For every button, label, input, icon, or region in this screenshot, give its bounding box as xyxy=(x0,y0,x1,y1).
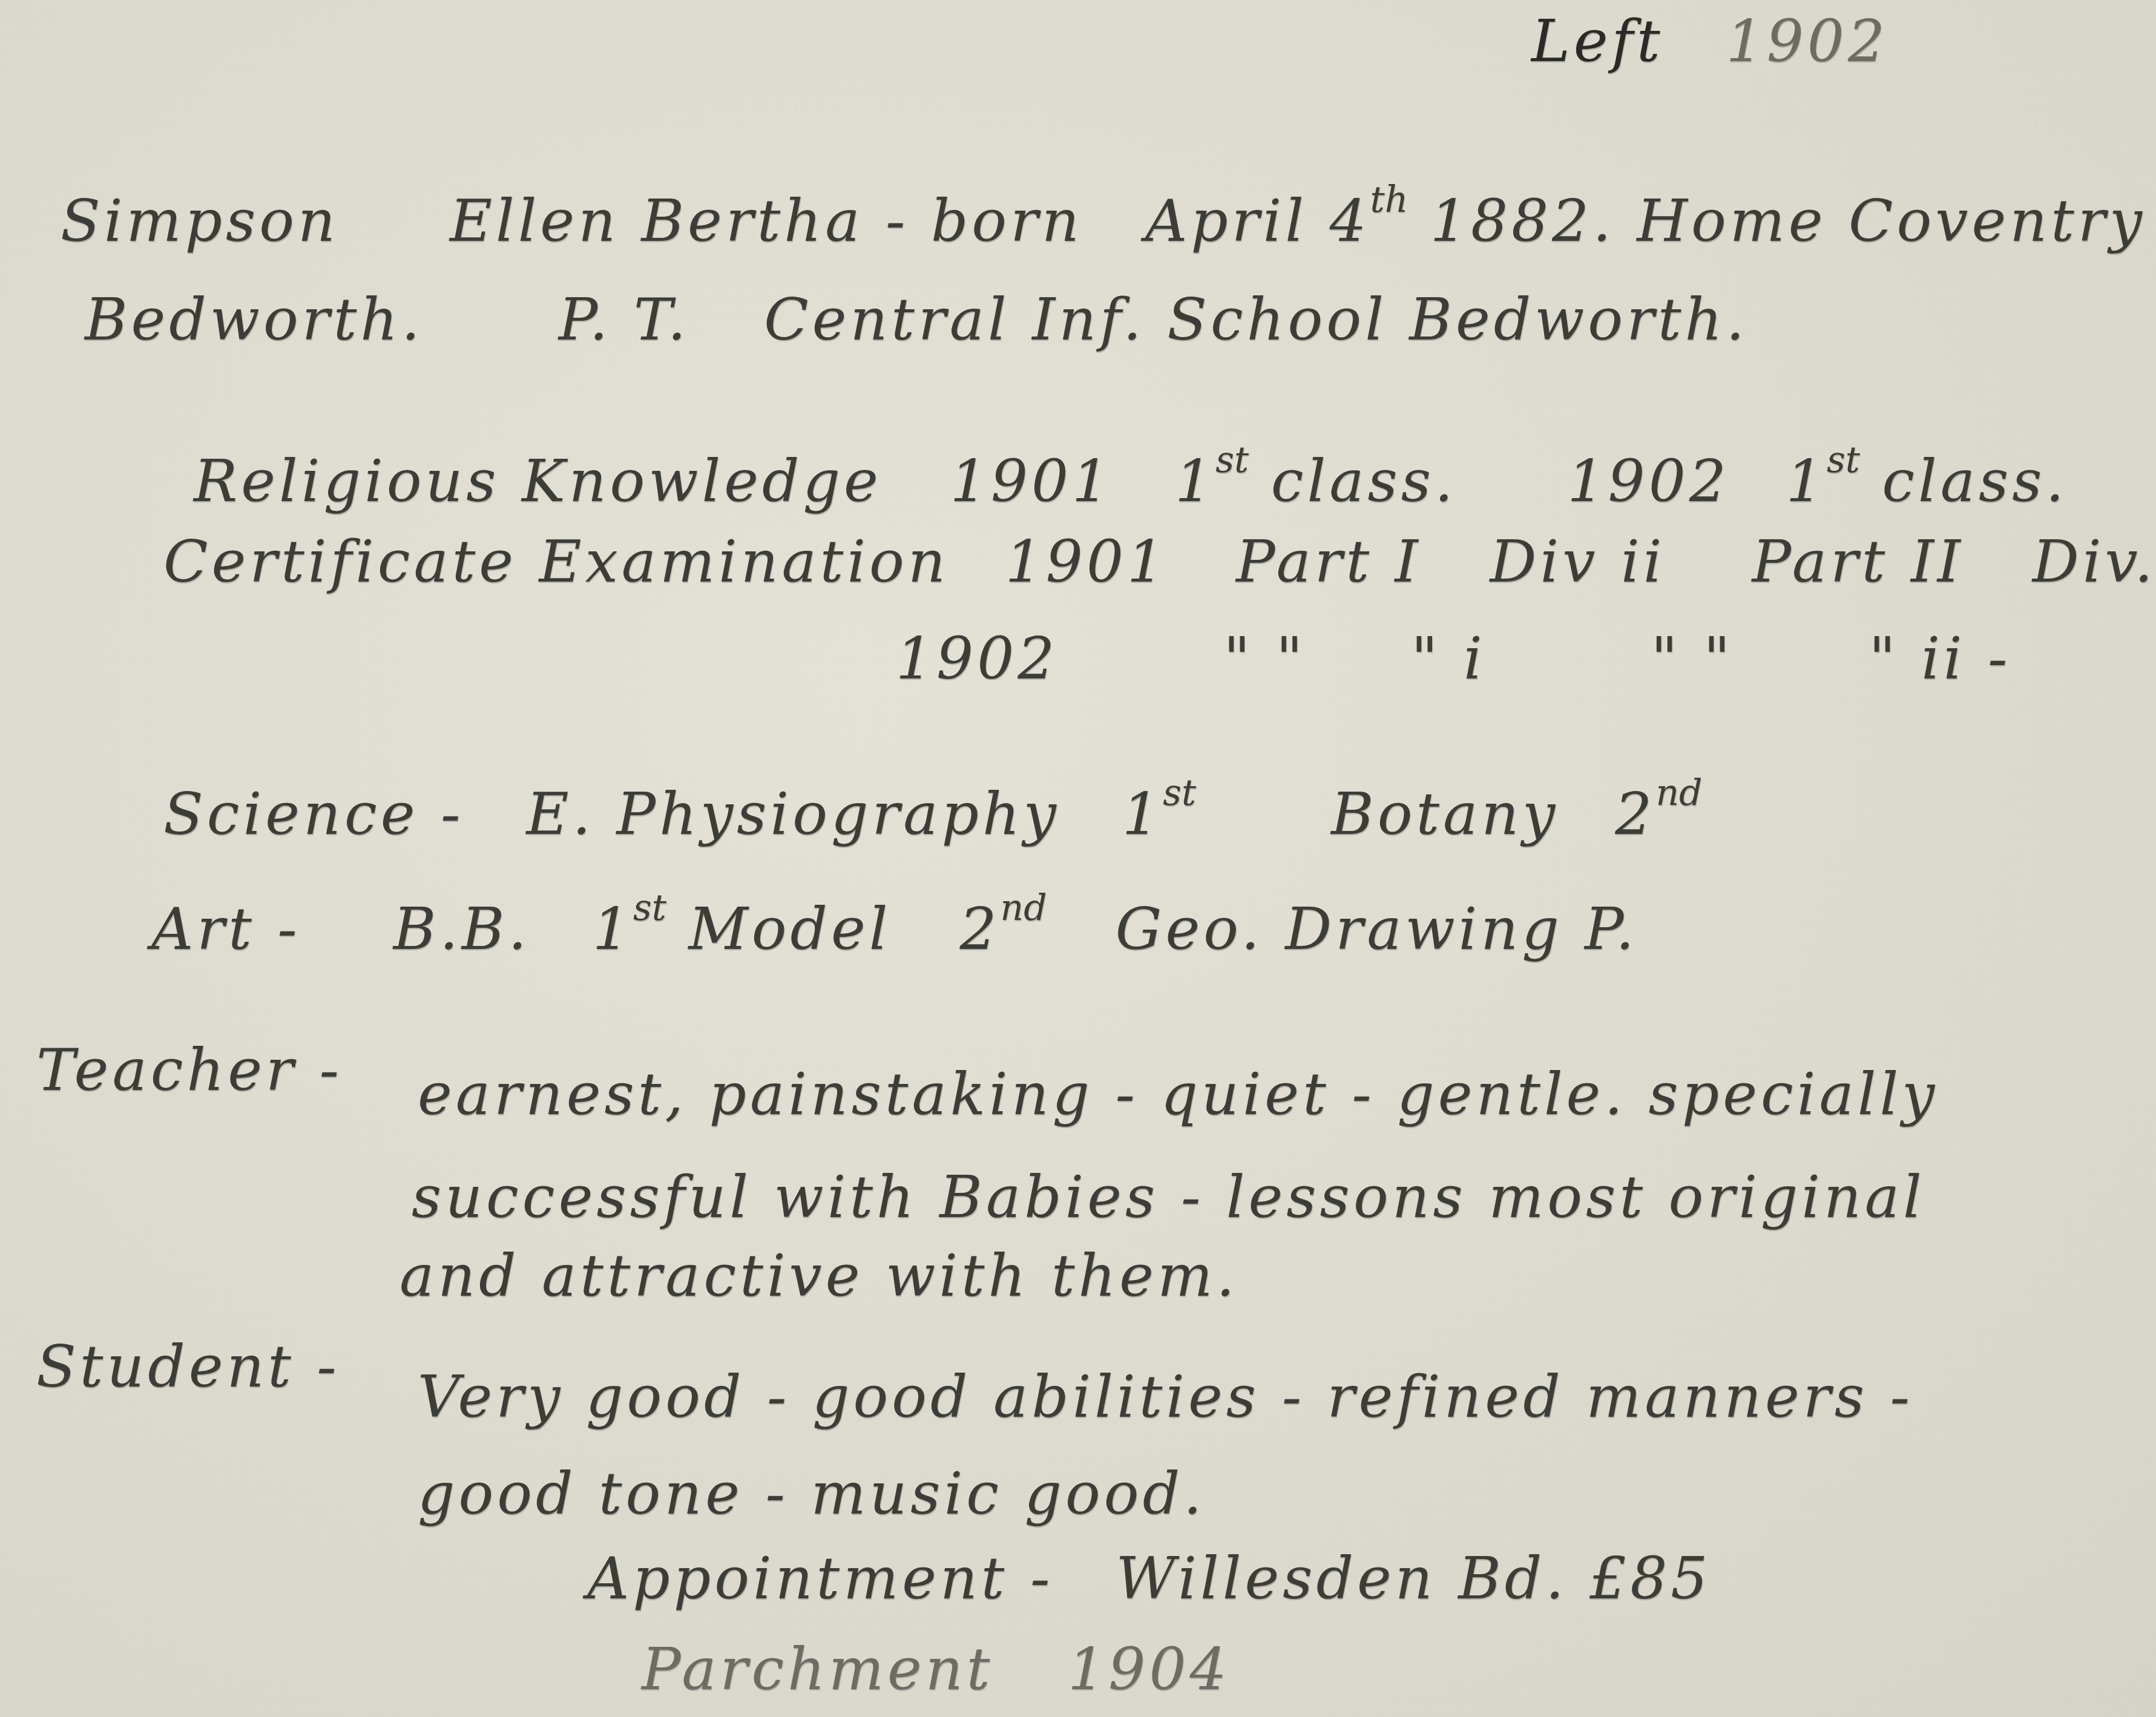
religious-grade-2: 1 xyxy=(1786,447,1827,515)
science-subject-2: Botany xyxy=(1331,780,1559,848)
appointment-line: Appointment - Willesden Bd. £85 xyxy=(587,1549,1711,1607)
left-year-header: Left 1902 xyxy=(1531,12,1888,70)
handwritten-record-page: Left 1902 Simpson Ellen Bertha - born Ap… xyxy=(0,0,2156,1717)
certificate-year: 1902 xyxy=(896,625,1058,692)
art-bb-grade: 1 xyxy=(593,895,633,963)
teacher-comment-line-2: successful with Babies - lessons most or… xyxy=(412,1168,1925,1226)
science-label: Science - xyxy=(163,780,464,848)
religious-grade-1-text: class. xyxy=(1271,447,1457,515)
art-label: Art - xyxy=(151,895,301,963)
home-address-town: Bedworth. xyxy=(85,286,424,353)
art-model-grade: 2 xyxy=(960,895,1001,963)
science-subject-1: E. Physiography xyxy=(526,780,1060,848)
teacher-label: Teacher - xyxy=(36,1041,343,1099)
art-geo-drawing: Geo. Drawing P. xyxy=(1116,895,1638,963)
name-birth-line: Simpson Ellen Bertha - born April 4th 18… xyxy=(61,182,2156,250)
certificate-div-1: " i xyxy=(1411,625,1485,692)
certificate-year: 1901 xyxy=(1005,528,1168,596)
art-bb: B.B. xyxy=(393,895,530,963)
art-model-ordinal: nd xyxy=(1001,887,1047,929)
home-address-street: Coventry Rd xyxy=(1849,187,2156,255)
certificate-label: Certificate Examination xyxy=(163,528,949,596)
certificate-part-2: " " xyxy=(1651,625,1734,692)
certificate-div-1: Div ii xyxy=(1490,528,1666,596)
home-label: Home xyxy=(1637,187,1826,255)
religious-label: Religious Knowledge xyxy=(194,447,882,515)
teacher-comment-line-3: and attractive with them. xyxy=(399,1247,1238,1305)
born-label: born xyxy=(931,187,1083,255)
religious-grade-1-ordinal: st xyxy=(1215,439,1249,481)
certificate-part-1: " " xyxy=(1223,625,1306,692)
certificate-part-2: Part II xyxy=(1752,528,1964,596)
science-line: Science - E. Physiography 1st Botany 2nd xyxy=(163,775,1703,843)
science-grade-1-ordinal: st xyxy=(1163,772,1196,814)
address-pt-line: Bedworth. P. T. Central Inf. School Bedw… xyxy=(85,291,1748,349)
appointment-label: Appointment - xyxy=(587,1545,1053,1612)
religious-grade-2-text: class. xyxy=(1882,447,2068,515)
student-comment-line-1: Very good - good abilities - refined man… xyxy=(418,1368,1913,1426)
art-line: Art - B.B. 1st Model 2nd Geo. Drawing P. xyxy=(151,890,1638,958)
appointment-value: Willesden Bd. £85 xyxy=(1116,1545,1711,1612)
parchment-label: Parchment xyxy=(642,1635,993,1703)
surname: Simpson xyxy=(61,187,339,255)
religious-year-1: 1901 xyxy=(950,447,1113,515)
science-grade-1: 1 xyxy=(1122,780,1163,848)
pt-label: P. T. xyxy=(559,286,690,353)
science-grade-2: 2 xyxy=(1615,780,1655,848)
religious-grade-2-ordinal: st xyxy=(1827,439,1860,481)
parchment-line: Parchment 1904 xyxy=(642,1640,1231,1698)
religious-year-2: 1902 xyxy=(1567,447,1729,515)
student-label: Student - xyxy=(36,1338,340,1396)
left-label: Left xyxy=(1531,7,1664,75)
art-bb-ordinal: st xyxy=(633,887,666,929)
certificate-div-2: Div. ii xyxy=(2033,528,2156,596)
student-comment-line-2: good tone - music good. xyxy=(418,1465,1206,1523)
religious-grade-1: 1 xyxy=(1175,447,1215,515)
religious-knowledge-line: Religious Knowledge 1901 1st class. 1902… xyxy=(194,442,2068,510)
given-names: Ellen Bertha xyxy=(450,187,864,255)
certificate-line-1901: Certificate Examination 1901 Part I Div … xyxy=(163,533,2156,591)
born-date: April 4 xyxy=(1145,187,1370,255)
science-grade-2-ordinal: nd xyxy=(1655,772,1702,814)
born-ordinal: th xyxy=(1370,179,1408,221)
pt-school: Central Inf. School Bedworth. xyxy=(764,286,1748,353)
teacher-comment-line-1: earnest, painstaking - quiet - gentle. s… xyxy=(418,1065,1938,1123)
certificate-part-1: Part I xyxy=(1236,528,1421,596)
certificate-div-2: " ii - xyxy=(1868,625,2011,692)
born-year: 1882. xyxy=(1430,187,1615,255)
parchment-year: 1904 xyxy=(1068,1635,1230,1703)
art-model: Model xyxy=(688,895,891,963)
certificate-line-1902: 1902 " " " i " " " ii - xyxy=(896,629,2011,688)
left-year: 1902 xyxy=(1726,7,1888,75)
